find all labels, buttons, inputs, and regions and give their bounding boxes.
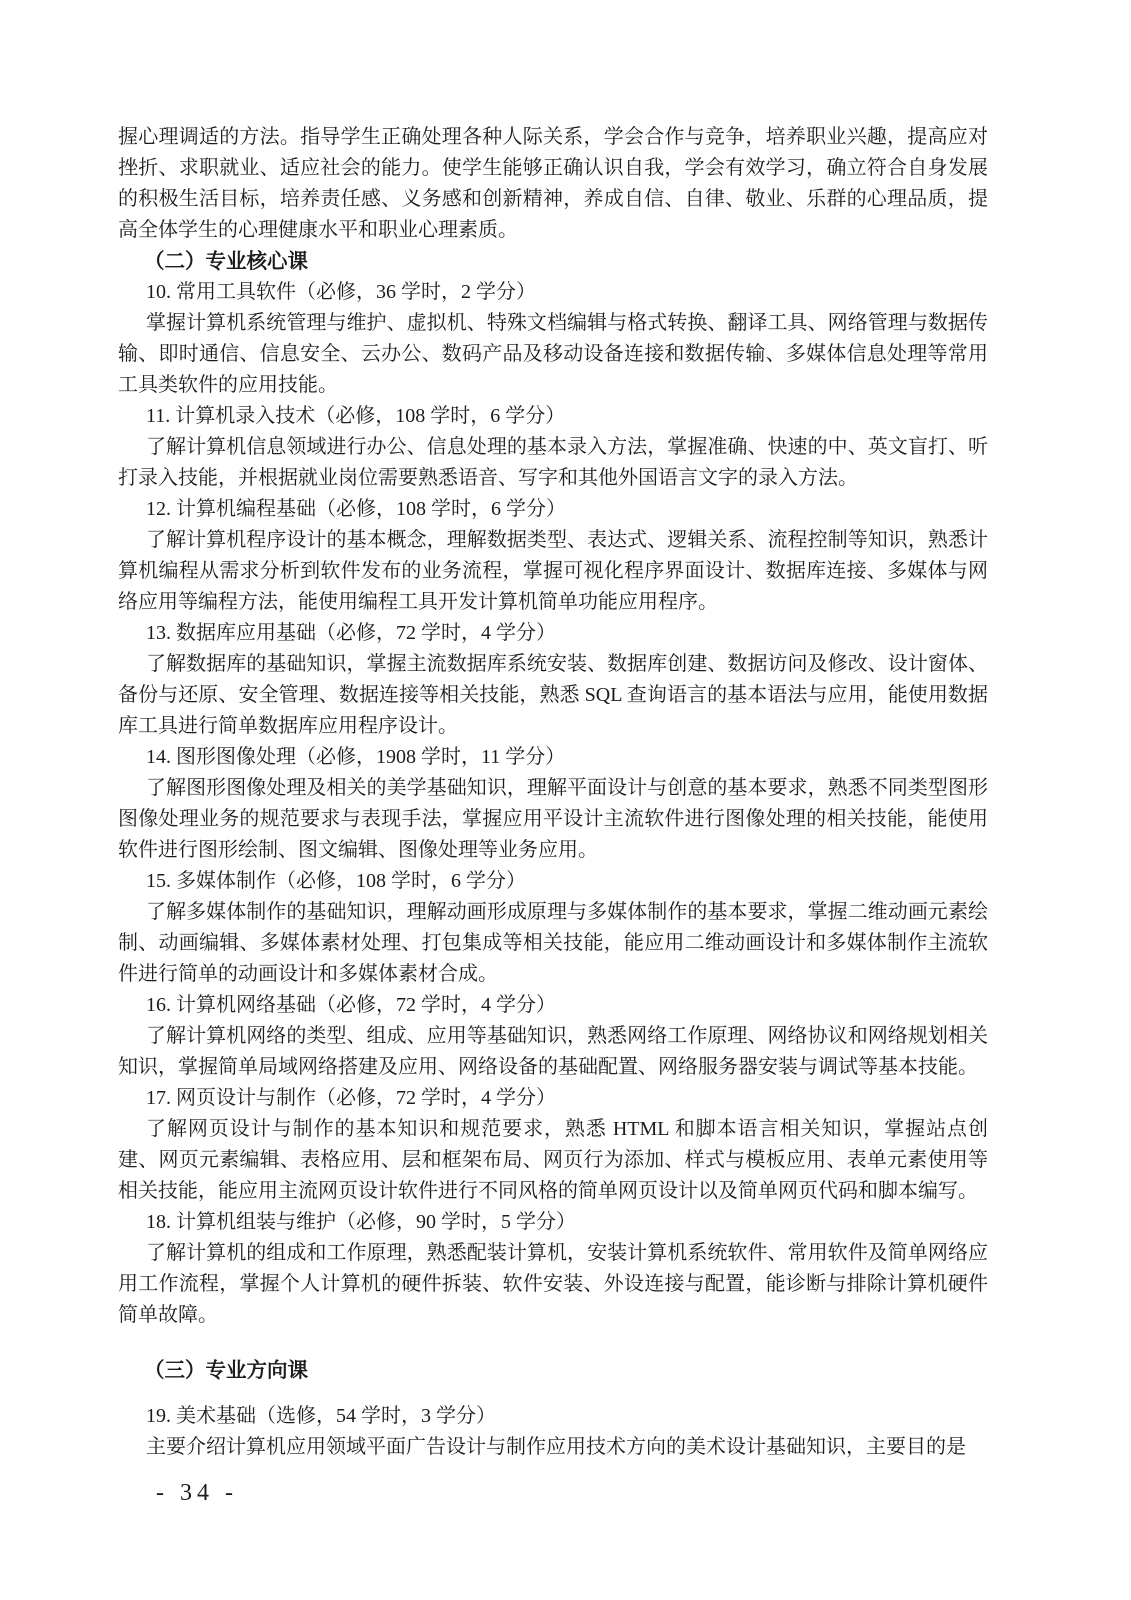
document-page: 握心理调适的方法。指导学生正确处理各种人际关系，学会合作与竞争，培养职业兴趣，提… [0, 0, 1131, 1600]
course-title: 19. 美术基础（选修，54 学时，3 学分） [118, 1401, 988, 1432]
section-heading-direction: （三）专业方向课 [118, 1355, 988, 1386]
course-item: 11. 计算机录入技术（必修，108 学时，6 学分） 了解计算机信息领域进行办… [118, 401, 988, 494]
course-title: 18. 计算机组装与维护（必修，90 学时，5 学分） [118, 1207, 988, 1238]
course-item: 10. 常用工具软件（必修，36 学时，2 学分） 掌握计算机系统管理与维护、虚… [118, 277, 988, 401]
course-title: 13. 数据库应用基础（必修，72 学时，4 学分） [118, 618, 988, 649]
course-item: 18. 计算机组装与维护（必修，90 学时，5 学分） 了解计算机的组成和工作原… [118, 1207, 988, 1331]
course-item: 16. 计算机网络基础（必修，72 学时，4 学分） 了解计算机网络的类型、组成… [118, 990, 988, 1083]
course-description: 主要介绍计算机应用领域平面广告设计与制作应用技术方向的美术设计基础知识，主要目的… [118, 1432, 988, 1463]
course-item: 13. 数据库应用基础（必修，72 学时，4 学分） 了解数据库的基础知识，掌握… [118, 618, 988, 742]
course-description: 了解网页设计与制作的基本知识和规范要求，熟悉 HTML 和脚本语言相关知识，掌握… [118, 1114, 988, 1207]
course-item: 15. 多媒体制作（必修，108 学时，6 学分） 了解多媒体制作的基础知识，理… [118, 866, 988, 990]
course-title: 15. 多媒体制作（必修，108 学时，6 学分） [118, 866, 988, 897]
course-item: 12. 计算机编程基础（必修，108 学时，6 学分） 了解计算机程序设计的基本… [118, 494, 988, 618]
course-description: 了解数据库的基础知识，掌握主流数据库系统安装、数据库创建、数据访问及修改、设计窗… [118, 649, 988, 742]
course-item: 19. 美术基础（选修，54 学时，3 学分） 主要介绍计算机应用领域平面广告设… [118, 1401, 988, 1463]
course-description: 了解图形图像处理及相关的美学基础知识，理解平面设计与创意的基本要求，熟悉不同类型… [118, 773, 988, 866]
course-description: 了解计算机程序设计的基本概念，理解数据类型、表达式、逻辑关系、流程控制等知识，熟… [118, 525, 988, 618]
course-description: 了解计算机信息领域进行办公、信息处理的基本录入方法，掌握准确、快速的中、英文盲打… [118, 432, 988, 494]
course-title: 11. 计算机录入技术（必修，108 学时，6 学分） [118, 401, 988, 432]
page-number: - 34 - [156, 1478, 238, 1509]
section-heading-core: （二）专业核心课 [118, 246, 988, 277]
course-title: 14. 图形图像处理（必修，1908 学时，11 学分） [118, 742, 988, 773]
intro-paragraph: 握心理调适的方法。指导学生正确处理各种人际关系，学会合作与竞争，培养职业兴趣，提… [118, 122, 988, 246]
course-item: 17. 网页设计与制作（必修，72 学时，4 学分） 了解网页设计与制作的基本知… [118, 1083, 988, 1207]
course-title: 12. 计算机编程基础（必修，108 学时，6 学分） [118, 494, 988, 525]
course-description: 了解计算机的组成和工作原理，熟悉配装计算机，安装计算机系统软件、常用软件及简单网… [118, 1238, 988, 1331]
course-description: 掌握计算机系统管理与维护、虚拟机、特殊文档编辑与格式转换、翻译工具、网络管理与数… [118, 308, 988, 401]
course-item: 14. 图形图像处理（必修，1908 学时，11 学分） 了解图形图像处理及相关… [118, 742, 988, 866]
course-description: 了解计算机网络的类型、组成、应用等基础知识，熟悉网络工作原理、网络协议和网络规划… [118, 1021, 988, 1083]
course-title: 16. 计算机网络基础（必修，72 学时，4 学分） [118, 990, 988, 1021]
course-title: 17. 网页设计与制作（必修，72 学时，4 学分） [118, 1083, 988, 1114]
course-title: 10. 常用工具软件（必修，36 学时，2 学分） [118, 277, 988, 308]
course-description: 了解多媒体制作的基础知识，理解动画形成原理与多媒体制作的基本要求，掌握二维动画元… [118, 897, 988, 990]
